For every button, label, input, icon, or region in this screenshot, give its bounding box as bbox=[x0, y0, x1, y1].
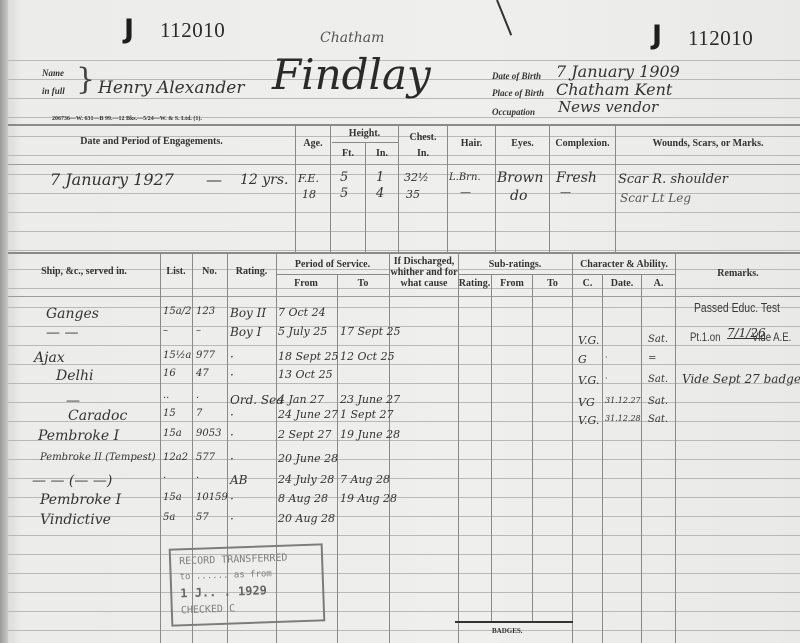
service-row-ship: Pembroke II (Tempest) bbox=[40, 452, 156, 463]
service-row-list: · bbox=[163, 473, 166, 484]
service-row-from: 20 June 28 bbox=[278, 452, 338, 465]
service-row-ship: — — bbox=[46, 325, 78, 341]
service-row-rating: Boy II bbox=[230, 306, 266, 320]
service-prefix-right: J bbox=[652, 20, 662, 51]
record-transferred-stamp: RECORD TRANSFERRED to ...... as from 1 J… bbox=[169, 543, 326, 626]
header-chest-in: In. bbox=[399, 148, 447, 159]
character-row-a: Sat. bbox=[648, 334, 668, 345]
service-record-page: J 112010 J 112010 Chatham Name in full }… bbox=[0, 0, 800, 643]
service-number-left: 112010 bbox=[160, 18, 225, 43]
service-row-ship: Ajax bbox=[34, 350, 65, 366]
service-row-no: 977 bbox=[196, 350, 215, 361]
service-row-rating: · bbox=[230, 408, 234, 422]
service-row-ship: Ganges bbox=[46, 306, 99, 322]
stamp-line2: to ...... as from bbox=[180, 569, 272, 582]
service-row-ship: Caradoc bbox=[68, 408, 127, 424]
remark-educ-test-line1: Passed Educ. Test bbox=[694, 300, 780, 315]
occupation-label: Occupation bbox=[492, 107, 535, 117]
service-row-rating: · bbox=[230, 492, 234, 506]
service-row-ship: Pembroke I bbox=[40, 492, 121, 508]
header-eyes: Eyes. bbox=[496, 138, 549, 149]
wounds-row2: Scar Lt Leg bbox=[620, 191, 691, 205]
dob-label: Date of Birth bbox=[492, 71, 541, 81]
service-row-rating: Ord. Sea bbox=[230, 393, 283, 407]
character-row-c: V.G. bbox=[578, 334, 599, 347]
service-row-list: 15 bbox=[163, 408, 176, 419]
column-rule bbox=[491, 274, 492, 621]
character-row-c: VG bbox=[578, 396, 595, 409]
header-chest: Chest. bbox=[399, 132, 447, 143]
pen-stroke-mark bbox=[496, 0, 512, 36]
service-row-from: 2 Sept 27 bbox=[278, 428, 332, 441]
service-row-no: – bbox=[196, 325, 201, 336]
header-c: C. bbox=[573, 278, 602, 289]
ruled-line bbox=[8, 630, 800, 631]
header-to: To bbox=[337, 278, 389, 289]
name-label: Name bbox=[42, 68, 64, 78]
service-row-to: 19 Aug 28 bbox=[340, 492, 397, 505]
dob-value: 7 January 1909 bbox=[556, 62, 680, 81]
ruled-line bbox=[8, 497, 800, 498]
service-row-ship: — bbox=[66, 393, 80, 409]
service-row-rating: · bbox=[230, 350, 234, 364]
header-rating: Rating. bbox=[227, 266, 276, 277]
service-row-rating: Boy I bbox=[230, 325, 261, 339]
ruled-line bbox=[8, 535, 800, 536]
service-row-to: 19 June 28 bbox=[340, 428, 400, 441]
header-subratings: Sub-ratings. bbox=[458, 259, 572, 270]
stamp-line1: RECORD TRANSFERRED bbox=[179, 553, 288, 568]
character-row-c: V.G. bbox=[578, 414, 599, 427]
surname: Findlay bbox=[272, 50, 431, 99]
complexion-row1: Fresh bbox=[556, 170, 597, 186]
engagement-date: 7 January 1927 bbox=[50, 170, 174, 189]
page-binding-edge bbox=[0, 0, 8, 643]
header-list: List. bbox=[160, 266, 192, 277]
desc-header-bottom bbox=[8, 164, 800, 165]
header-no: No. bbox=[192, 266, 227, 277]
header-a: A. bbox=[642, 278, 675, 289]
character-row-date: 31.12.27 bbox=[605, 396, 641, 405]
column-rule bbox=[160, 254, 161, 643]
service-row-no: 9053 bbox=[196, 428, 221, 439]
service-row-from: 18 Sept 25 bbox=[278, 350, 339, 363]
service-number-right: 112010 bbox=[688, 26, 753, 51]
service-row-from: 24 July 28 bbox=[278, 473, 334, 486]
eyes-row1: Brown bbox=[497, 170, 543, 186]
service-row-ship: Vindictive bbox=[40, 512, 111, 528]
remark-handwritten: Vide Sept 27 badge bbox=[682, 372, 800, 386]
header-date: Date. bbox=[603, 278, 641, 289]
ruled-line bbox=[8, 516, 800, 517]
ruled-line bbox=[8, 478, 800, 479]
header-sub-from: From bbox=[492, 278, 532, 289]
service-row-list: 15a bbox=[163, 428, 182, 439]
printer-imprint: 206736—W. 631—B 99.—12 Bks.—5/24—W. & S.… bbox=[52, 116, 202, 122]
header-height: Height. bbox=[331, 128, 398, 139]
service-row-rating: · bbox=[230, 368, 234, 382]
header-period: Period of Service. bbox=[276, 259, 389, 270]
service-row-from: 20 Aug 28 bbox=[278, 512, 335, 525]
service-row-no: 57 bbox=[196, 512, 209, 523]
service-row-list: – bbox=[163, 325, 168, 336]
header-height-in: In. bbox=[366, 148, 398, 159]
engagement-period: 12 yrs. bbox=[240, 172, 289, 188]
ruled-line bbox=[8, 402, 800, 403]
service-header-bottom bbox=[8, 296, 800, 297]
service-row-from: 4 Jan 27 bbox=[278, 393, 324, 406]
service-row-to: 7 Aug 28 bbox=[340, 473, 390, 486]
in-row2: 4 bbox=[376, 186, 384, 201]
service-row-no: 47 bbox=[196, 368, 209, 379]
service-row-rating: AB bbox=[230, 473, 247, 487]
service-row-ship: Pembroke I bbox=[38, 428, 119, 444]
header-age: Age. bbox=[296, 138, 330, 149]
character-row-a: Sat. bbox=[648, 396, 668, 407]
service-row-rating: · bbox=[230, 428, 234, 442]
header-hair: Hair. bbox=[448, 138, 495, 149]
service-row-no: · bbox=[196, 393, 199, 404]
service-row-no: · bbox=[196, 473, 199, 484]
wounds-row1: Scar R. shoulder bbox=[618, 172, 728, 187]
ruled-line bbox=[8, 611, 800, 612]
character-row-a: Sat. bbox=[648, 374, 668, 385]
header-sub-rating: Rating. bbox=[458, 278, 491, 289]
service-row-list: 12a2 bbox=[163, 452, 188, 463]
header-height-ft: Ft. bbox=[331, 148, 365, 159]
service-row-to: 17 Sept 25 bbox=[340, 325, 401, 338]
service-row-no: 577 bbox=[196, 452, 215, 463]
column-rule bbox=[641, 274, 642, 643]
header-sub-to: To bbox=[533, 278, 572, 289]
ft-row2: 5 bbox=[340, 186, 348, 201]
occupation-value: News vendor bbox=[558, 98, 658, 116]
service-row-no: 10159 bbox=[196, 492, 228, 503]
chest-row2: 35 bbox=[406, 188, 420, 201]
hair-row2: — bbox=[460, 186, 471, 199]
name-brace: } bbox=[76, 62, 95, 97]
ruled-line bbox=[8, 345, 800, 346]
service-row-rating: · bbox=[230, 512, 234, 526]
service-row-list: 5a bbox=[163, 512, 175, 523]
service-row-to: 1 Sept 27 bbox=[340, 408, 394, 421]
chest-row1: 32½ bbox=[404, 171, 429, 184]
in-row1: 1 bbox=[376, 170, 384, 185]
service-row-from: 24 June 27 bbox=[278, 408, 338, 421]
ft-row1: 5 bbox=[340, 170, 348, 185]
age-row1: F.E. bbox=[298, 172, 319, 185]
column-rule bbox=[602, 274, 603, 643]
column-rule bbox=[572, 254, 573, 643]
ruled-line bbox=[8, 440, 800, 441]
header-from: From bbox=[276, 278, 336, 289]
ruled-line bbox=[8, 326, 800, 327]
service-row-from: 7 Oct 24 bbox=[278, 306, 326, 319]
badges-rule bbox=[455, 621, 573, 623]
service-row-no: 123 bbox=[196, 306, 215, 317]
header-remarks: Remarks. bbox=[676, 268, 800, 279]
given-names: Henry Alexander bbox=[98, 78, 244, 98]
pob-label: Place of Birth bbox=[492, 88, 544, 98]
character-row-date: · bbox=[605, 353, 608, 362]
service-row-list: 15a bbox=[163, 492, 182, 503]
stamp-line4: CHECKED C bbox=[181, 603, 236, 616]
service-prefix-left: J bbox=[124, 14, 134, 45]
service-row-to: 12 Oct 25 bbox=[340, 350, 395, 363]
header-ship: Ship, &c., served in. bbox=[8, 266, 160, 277]
service-row-list: 16 bbox=[163, 368, 176, 379]
column-rule bbox=[389, 254, 390, 643]
age-row2: 18 bbox=[302, 188, 316, 201]
ruled-line bbox=[8, 364, 800, 365]
character-row-c: G bbox=[578, 353, 587, 366]
service-row-ship: Delhi bbox=[56, 368, 93, 384]
badges-label: BADGES. bbox=[492, 627, 523, 635]
service-row-from: 13 Oct 25 bbox=[278, 368, 333, 381]
table-top-border bbox=[8, 124, 800, 126]
service-row-from: 8 Aug 28 bbox=[278, 492, 328, 505]
ruled-line bbox=[8, 592, 800, 593]
service-row-rating: · bbox=[230, 452, 234, 466]
service-row-from: 5 July 25 bbox=[278, 325, 327, 338]
character-row-date: · bbox=[605, 374, 608, 383]
remark-educ-test-prefix: Pt.1.on bbox=[690, 330, 720, 344]
character-row-date: 31.12.28 bbox=[605, 414, 641, 423]
stamp-line3: 1 J.. . 1929 bbox=[180, 583, 267, 600]
ruled-line bbox=[8, 554, 800, 555]
header-character: Character & Ability. bbox=[573, 259, 675, 270]
pob-value: Chatham Kent bbox=[556, 80, 672, 99]
service-row-list: 15½a bbox=[163, 350, 191, 361]
remark-educ-test-suffix: Vide A.E. bbox=[752, 330, 791, 344]
header-engagement: Date and Period of Engagements. bbox=[8, 136, 295, 147]
ruled-line bbox=[8, 307, 800, 308]
header-wounds: Wounds, Scars, or Marks. bbox=[616, 138, 800, 149]
service-row-list: ·· bbox=[163, 393, 169, 404]
column-rule bbox=[675, 254, 676, 643]
character-row-a: = bbox=[648, 353, 656, 364]
engagement-dash: — bbox=[206, 170, 222, 189]
hair-row1: L.Brn. bbox=[449, 172, 481, 183]
column-rule bbox=[458, 254, 459, 643]
ruled-line bbox=[8, 231, 800, 232]
desc-table-bottom bbox=[8, 252, 800, 254]
service-row-ship: — — (— —) bbox=[32, 473, 112, 489]
header-discharged: If Discharged, whither and for what caus… bbox=[390, 256, 458, 289]
column-rule bbox=[532, 274, 533, 621]
header-complexion: Complexion. bbox=[550, 138, 615, 149]
character-row-c: V.G. bbox=[578, 374, 599, 387]
name-label-in-full: in full bbox=[42, 86, 65, 96]
service-row-to: 23 June 27 bbox=[340, 393, 400, 406]
ruled-line bbox=[8, 212, 800, 213]
service-row-list: 15a/2 bbox=[163, 306, 191, 317]
service-row-no: 7 bbox=[196, 408, 202, 419]
ruled-line bbox=[8, 573, 800, 574]
complexion-row2: — bbox=[560, 186, 571, 199]
eyes-row2: do bbox=[510, 188, 527, 204]
character-row-a: Sat. bbox=[648, 414, 668, 425]
ruled-line bbox=[8, 250, 800, 251]
port-division-note: Chatham bbox=[320, 30, 384, 46]
